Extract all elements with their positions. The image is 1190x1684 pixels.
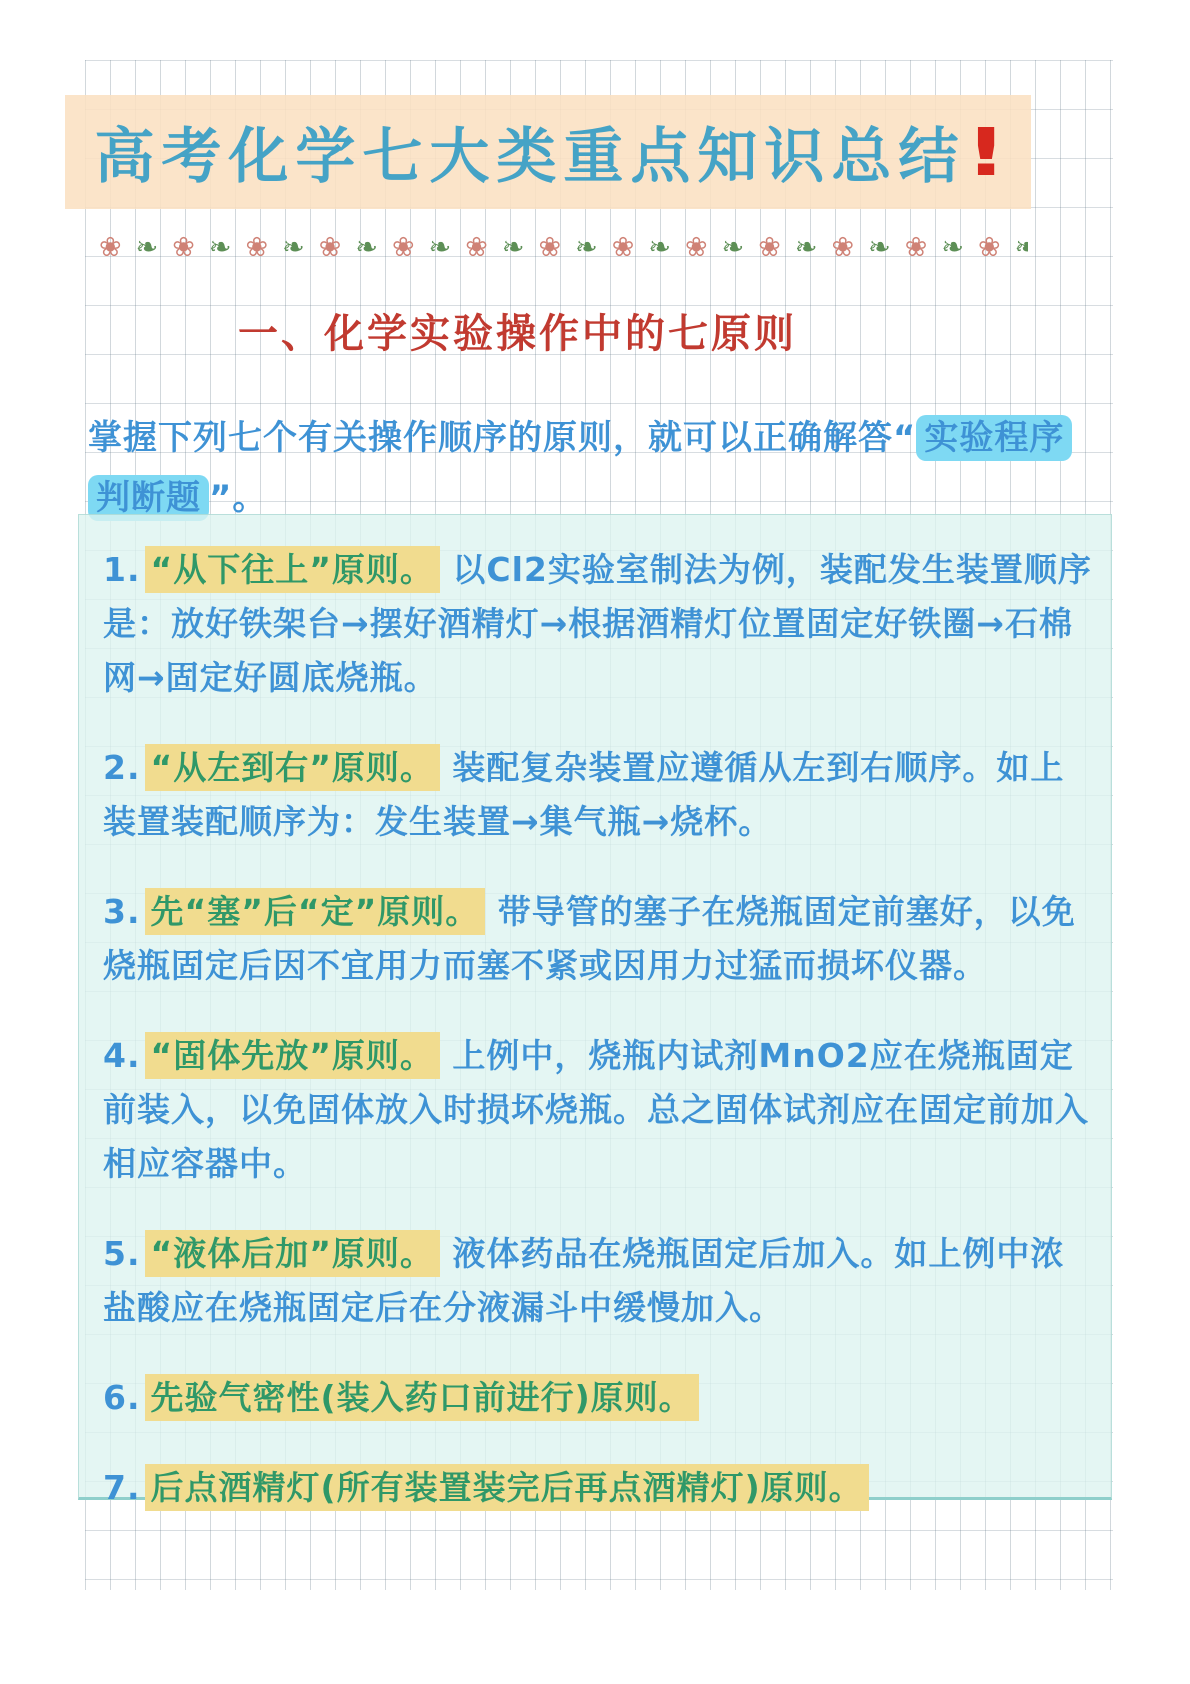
- principle-number: 2.: [103, 748, 141, 787]
- principle-title: “液体后加”原则。: [145, 1230, 440, 1277]
- principle-title: 后点酒精灯(所有装置装完后再点酒精灯)原则。: [145, 1464, 869, 1511]
- principles-box: 1.“从下往上”原则。 以Cl2实验室制法为例，装配发生装置顺序是：放好铁架台→…: [78, 514, 1112, 1500]
- principle-item-2: 2.“从左到右”原则。 装配复杂装置应遵循从左到右顺序。如上装置装配顺序为：发生…: [103, 741, 1093, 849]
- exclamation-mark-icon: !: [965, 114, 1007, 191]
- principle-item-1: 1.“从下往上”原则。 以Cl2实验室制法为例，装配发生装置顺序是：放好铁架台→…: [103, 543, 1093, 705]
- title-banner: 高考化学七大类重点知识总结 !: [65, 95, 1031, 209]
- principle-number: 6.: [103, 1378, 141, 1417]
- principle-number: 7.: [103, 1468, 141, 1507]
- highlighted-term-part1: 实验程序: [916, 415, 1072, 461]
- principle-item-3: 3.先“塞”后“定”原则。 带导管的塞子在烧瓶固定前塞好，以免烧瓶固定后因不宜用…: [103, 885, 1093, 993]
- principle-title: “从下往上”原则。: [145, 546, 440, 593]
- principle-title: “固体先放”原则。: [145, 1032, 440, 1079]
- section-heading: 一、化学实验操作中的七原则: [238, 302, 797, 359]
- principle-item-7: 7.后点酒精灯(所有装置装完后再点酒精灯)原则。: [103, 1461, 1093, 1515]
- principle-number: 4.: [103, 1036, 141, 1075]
- principle-title: 先“塞”后“定”原则。: [145, 888, 486, 935]
- flower-divider: ❀❧❀❧❀❧❀❧❀❧❀❧❀❧❀❧❀❧❀❧❀❧❀❧❀❧: [92, 224, 1028, 270]
- intro-text-end: ”。: [209, 478, 267, 518]
- principle-number: 1.: [103, 550, 141, 589]
- principle-title: “从左到右”原则。: [145, 744, 440, 791]
- intro-text: 掌握下列七个有关操作顺序的原则，就可以正确解答“: [88, 418, 916, 458]
- principle-item-5: 5.“液体后加”原则。 液体药品在烧瓶固定后加入。如上例中浓盐酸应在烧瓶固定后在…: [103, 1227, 1093, 1335]
- page-title: 高考化学七大类重点知识总结: [94, 109, 965, 195]
- intro-paragraph: 掌握下列七个有关操作顺序的原则，就可以正确解答“实验程序 判断题”。: [88, 408, 1108, 528]
- principle-item-4: 4.“固体先放”原则。 上例中，烧瓶内试剂MnO2应在烧瓶固定前装入，以免固体放…: [103, 1029, 1093, 1191]
- principle-number: 3.: [103, 892, 141, 931]
- principle-number: 5.: [103, 1234, 141, 1273]
- principle-item-6: 6.先验气密性(装入药口前进行)原则。: [103, 1371, 1093, 1425]
- principle-title: 先验气密性(装入药口前进行)原则。: [145, 1374, 699, 1421]
